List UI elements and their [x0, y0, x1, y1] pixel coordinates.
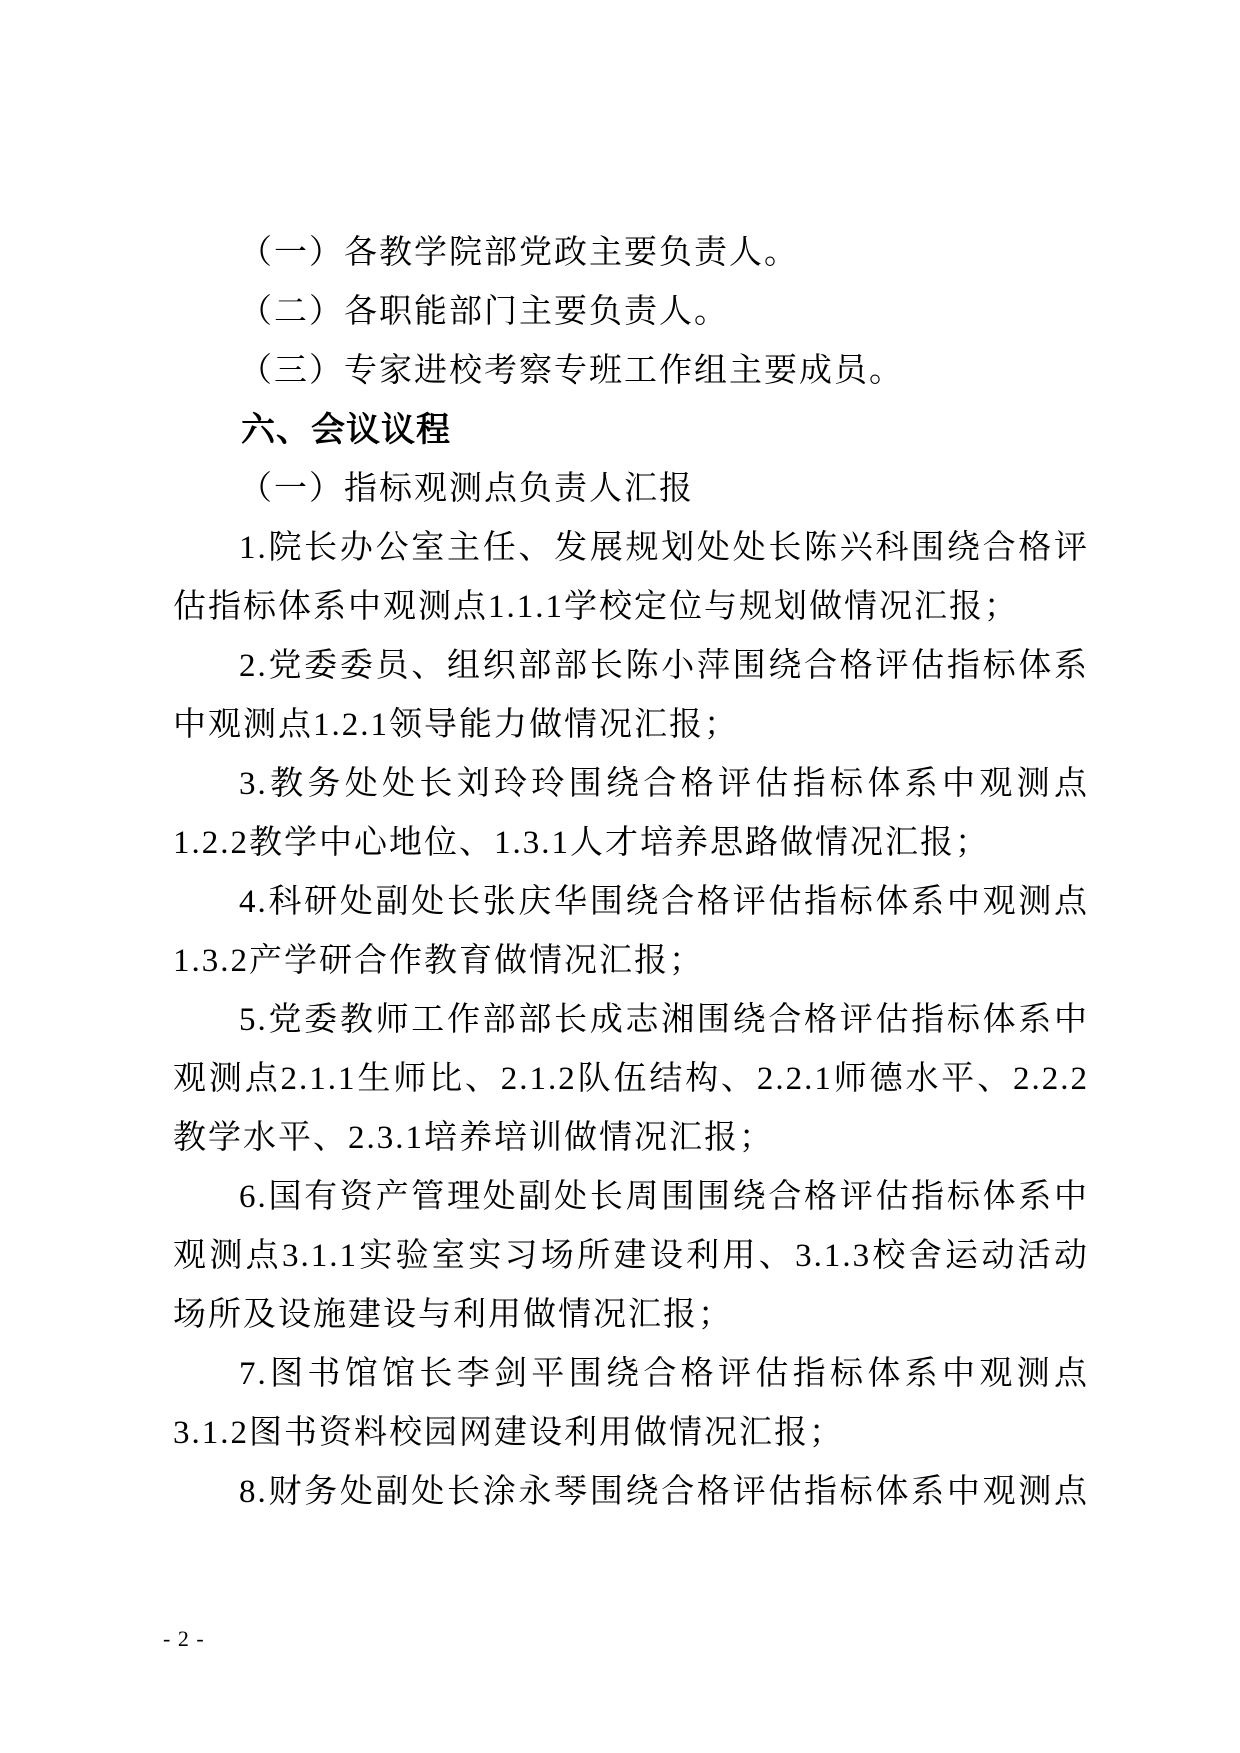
document-body: （一）各教学院部党政主要负责人。 （二）各职能部门主要负责人。 （三）专家进校考… [173, 224, 1089, 1522]
sub-item-3: （三）专家进校考察专班工作组主要成员。 [173, 342, 1089, 401]
sub-item-2: （二）各职能部门主要负责人。 [173, 283, 1089, 342]
agenda-item-3: 3.教务处处长刘玲玲围绕合格评估指标体系中观测点1.2.2教学中心地位、1.3.… [173, 755, 1089, 873]
section-heading: 六、会议议程 [173, 401, 1089, 460]
agenda-item-5: 5.党委教师工作部部长成志湘围绕合格评估指标体系中观测点2.1.1生师比、2.1… [173, 991, 1089, 1168]
agenda-item-4: 4.科研处副处长张庆华围绕合格评估指标体系中观测点1.3.2产学研合作教育做情况… [173, 873, 1089, 991]
agenda-item-8: 8.财务处副处长涂永琴围绕合格评估指标体系中观测点 [173, 1463, 1089, 1522]
agenda-item-6: 6.国有资产管理处副处长周围围绕合格评估指标体系中观测点3.1.1实验室实习场所… [173, 1168, 1089, 1345]
agenda-item-2: 2.党委委员、组织部部长陈小萍围绕合格评估指标体系中观测点1.2.1领导能力做情… [173, 637, 1089, 755]
subsection-heading: （一）指标观测点负责人汇报 [173, 460, 1089, 519]
page-number: - 2 - [163, 1626, 205, 1652]
agenda-item-1: 1.院长办公室主任、发展规划处处长陈兴科围绕合格评估指标体系中观测点1.1.1学… [173, 519, 1089, 637]
agenda-item-7: 7.图书馆馆长李剑平围绕合格评估指标体系中观测点3.1.2图书资料校园网建设利用… [173, 1345, 1089, 1463]
document-page: （一）各教学院部党政主要负责人。 （二）各职能部门主要负责人。 （三）专家进校考… [0, 0, 1240, 1753]
sub-item-1: （一）各教学院部党政主要负责人。 [173, 224, 1089, 283]
